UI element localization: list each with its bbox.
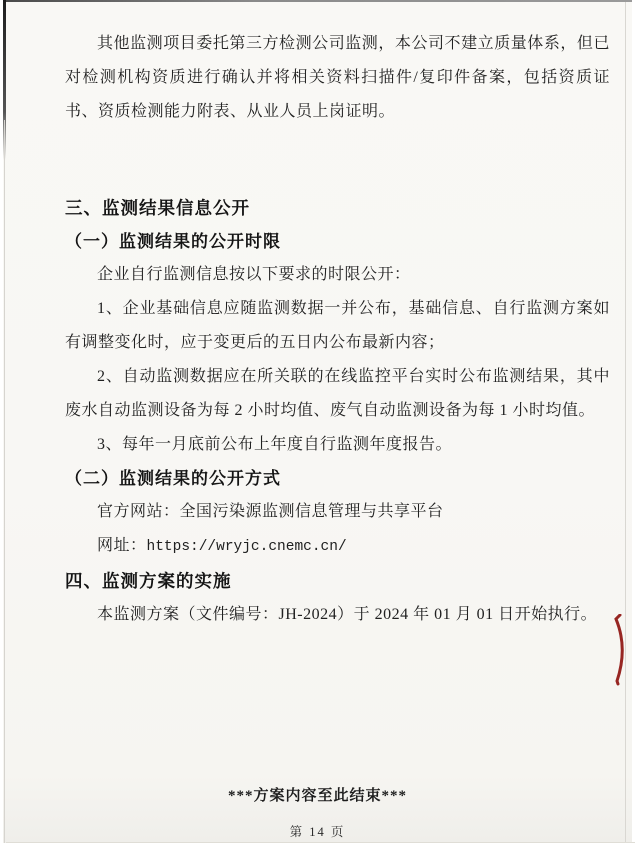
scan-edge-right [625,2,626,843]
website-url: https://wryjc.cnemc.cn/ [147,539,347,555]
scan-edge-bottom [6,842,635,843]
website-url-line: 网址：https://wryjc.cnemc.cn/ [65,529,610,564]
section-4-heading: 四、监测方案的实施 [65,564,610,598]
intro-paragraph: 其他监测项目委托第三方检测公司监测，本公司不建立质量体系，但已对检测机构资质进行… [65,27,610,129]
section-3-heading: 三、监测结果信息公开 [65,191,610,225]
scan-edge-top [3,0,632,2]
section-3-1-heading: （一）监测结果的公开时限 [65,225,610,258]
section-4-body: 本监测方案（文件编号：JH-2024）于 2024 年 01 月 01 日开始执… [65,598,610,632]
official-website-line: 官方网站：全国污染源监测信息管理与共享平台 [65,495,610,529]
url-label: 网址： [97,537,147,554]
document-body: 其他监测项目委托第三方检测公司监测，本公司不建立质量体系，但已对检测机构资质进行… [65,27,610,632]
red-pen-mark [611,614,631,686]
scanned-document-page: 其他监测项目委托第三方检测公司监测，本公司不建立质量体系，但已对检测机构资质进行… [3,0,632,843]
scan-edge-left [4,120,5,843]
section-3-1-lead: 企业自行监测信息按以下要求的时限公开： [65,258,610,292]
list-item-2: 2、自动监测数据应在所关联的在线监控平台实时公布监测结果，其中废水自动监测设备为… [65,360,610,428]
section-3-2-heading: （二）监测结果的公开方式 [65,462,610,495]
plan-end-marker: ***方案内容至此结束*** [3,784,632,805]
list-item-1: 1、企业基础信息应随监测数据一并公布，基础信息、自行监测方案如有调整变化时，应于… [65,292,610,360]
list-item-3: 3、每年一月底前公布上年度自行监测年度报告。 [65,428,610,462]
page-number: 第 14 页 [3,822,632,840]
